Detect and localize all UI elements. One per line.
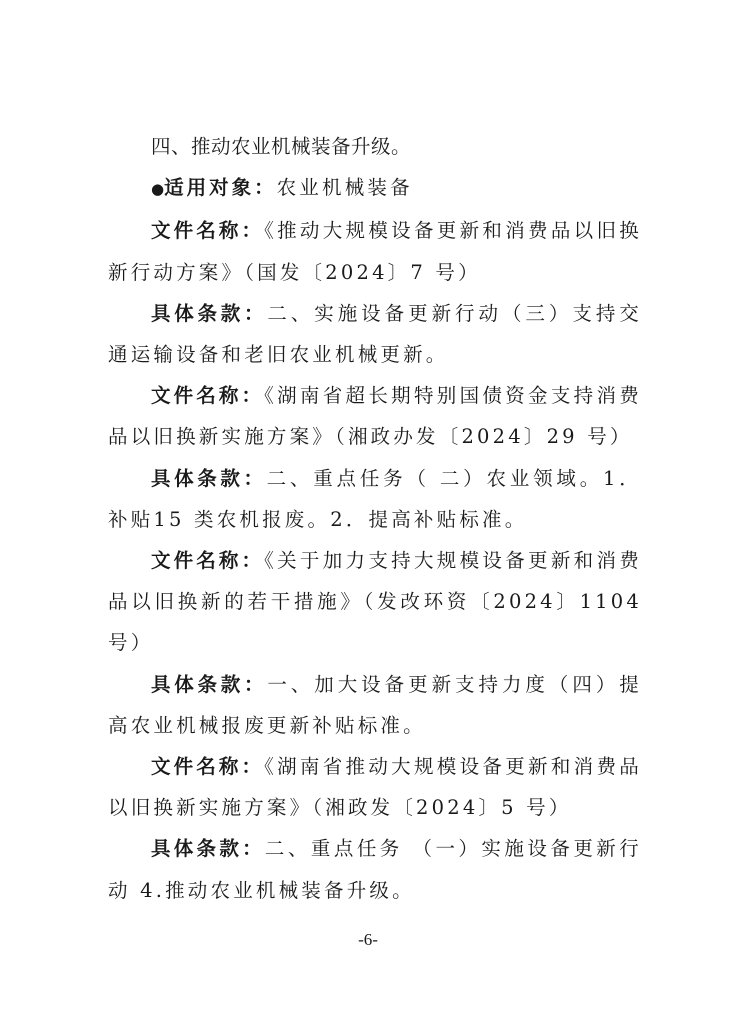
clause-label: 具体条款： (151, 673, 267, 696)
doc-name-1: 文件名称：《推动大规模设备更新和消费品以旧换新行动方案》（国发〔2024〕7 号… (108, 210, 642, 292)
clause-2: 具体条款：二、重点任务（ 二）农业领域。1．补贴15 类农机报废。2．提高补贴标… (108, 458, 642, 540)
doc-label: 文件名称： (151, 549, 264, 572)
doc-name-4: 文件名称：《湖南省推动大规模设备更新和消费品以旧换新实施方案》（湘政发〔2024… (108, 746, 642, 828)
bullet-icon: ● (151, 180, 164, 198)
clause-4: 具体条款：二、重点任务 （一）实施设备更新行动 4.推动农业机械装备升级。 (108, 828, 642, 910)
section-heading: 四、推动农业机械装备升级。 (108, 126, 642, 167)
doc-label: 文件名称： (151, 384, 264, 407)
applicable-object: ●适用对象：农业机械装备 (108, 167, 642, 210)
doc-label: 文件名称： (151, 755, 264, 778)
applicable-value: 农业机械装备 (277, 176, 413, 199)
clause-label: 具体条款： (151, 837, 265, 860)
document-body: 四、推动农业机械装备升级。 ●适用对象：农业机械装备 文件名称：《推动大规模设备… (108, 126, 642, 911)
clause-label: 具体条款： (151, 302, 267, 325)
clause-label: 具体条款： (151, 467, 267, 490)
clause-3: 具体条款：一、加大设备更新支持力度（四）提高农业机械报废更新补贴标准。 (108, 664, 642, 746)
page-number: -6- (0, 930, 736, 950)
doc-label: 文件名称： (151, 219, 264, 242)
doc-name-2: 文件名称：《湖南省超长期特别国债资金支持消费品以旧换新实施方案》（湘政办发〔20… (108, 375, 642, 457)
clause-1: 具体条款：二、实施设备更新行动（三）支持交通运输设备和老旧农业机械更新。 (108, 293, 642, 375)
applicable-label: 适用对象： (164, 176, 277, 199)
doc-name-3: 文件名称：《关于加力支持大规模设备更新和消费品以旧换新的若干措施》（发改环资〔2… (108, 540, 642, 664)
